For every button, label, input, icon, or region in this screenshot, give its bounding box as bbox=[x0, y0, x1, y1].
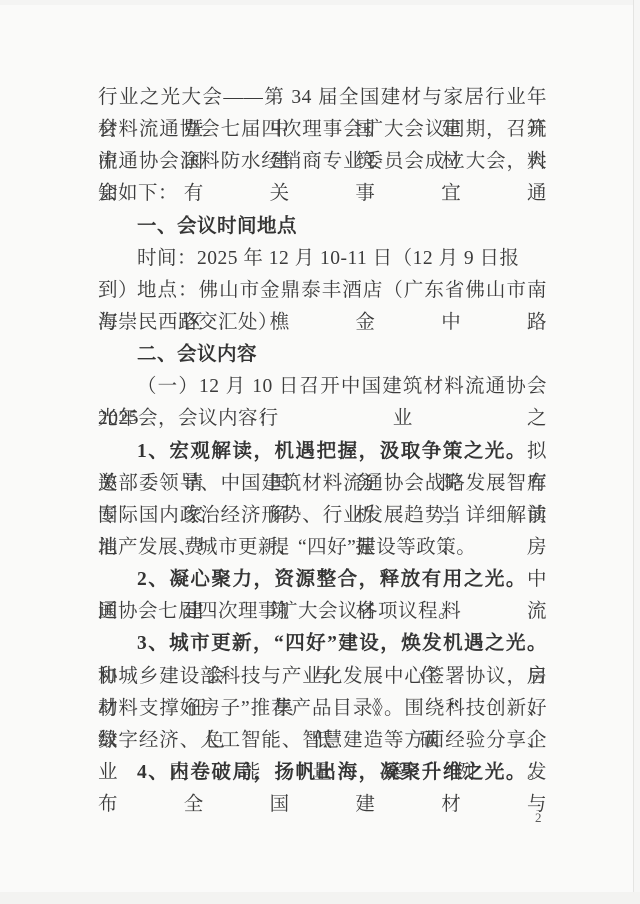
text-line: 3、城市更新，“四好”建设，焕发机遇之光。协会与住房 bbox=[98, 628, 547, 660]
bold-run: 1、宏观解读，机遇把握，汲取争策之光。 bbox=[137, 441, 527, 462]
text-line: 2、凝心聚力，资源整合，释放有用之光。中国建筑材料流 bbox=[98, 564, 547, 596]
scanned-document-page: { "page": { "number": "2", "paper_color"… bbox=[0, 0, 640, 904]
text-run: 地产发展、城市更新、“四好”建设等政策。 bbox=[98, 537, 476, 558]
text-line: 关部委领导、中国建筑材料流通协会战略发展智库专家解析当前 bbox=[98, 468, 547, 500]
text-line: （一）12 月 10 日召开中国建筑材料流通协会 2025 行业之 bbox=[98, 371, 547, 403]
text-line: 和城乡建设部科技与产业化发展中心签署协议，启动征集《“好 bbox=[98, 661, 547, 693]
text-line: 时间：2025 年 12 月 10-11 日（12 月 9 日报到） bbox=[98, 243, 547, 275]
text-line: 1、宏观解读，机遇把握，汲取争策之光。拟邀请国务院有 bbox=[98, 436, 547, 468]
scan-edge-right bbox=[633, 0, 640, 904]
text-line: 数字经济、人工智能、智慧建造等方面经验分享企业正能量案例。 bbox=[98, 725, 547, 757]
text-line: 流通协会涂料防水经销商专业委员会成立大会，大会有关事宜通 bbox=[98, 146, 547, 178]
bold-run: 一、会议时间地点 bbox=[137, 216, 297, 237]
text-run: 与崇民西路交汇处） bbox=[98, 312, 278, 333]
text-line: 国际国内政治经济形势、行业发展趋势，详细解读消费提振、房 bbox=[98, 500, 547, 532]
text-line: 行业之光大会——第 34 届全国建材与家居行业年会暨中国建筑 bbox=[98, 82, 547, 114]
text-run: 光年会，会议内容： bbox=[98, 408, 278, 429]
text-line: 4、内卷破局，扬帆出海，凝聚升维之光。发布全国建材与 bbox=[98, 757, 547, 789]
page-number: 2 bbox=[535, 810, 542, 826]
text-line: 材料支撑好房子”推荐产品目录》。围绕科技创新、绿色低碳、 bbox=[98, 693, 547, 725]
bold-run: 4、内卷破局，扬帆出海，凝聚升维之光。 bbox=[137, 762, 527, 783]
bold-run: 3、城市更新，“四好”建设，焕发机遇之光。 bbox=[137, 633, 547, 654]
section-heading-2: 二、会议内容 bbox=[98, 339, 547, 371]
text-run: 通协会七届四次理事扩大会议各项议程。 bbox=[98, 601, 458, 622]
bold-run: 二、会议内容 bbox=[137, 344, 257, 365]
text-run: 知如下： bbox=[98, 183, 178, 204]
section-heading-1: 一、会议时间地点 bbox=[98, 211, 547, 243]
scan-edge-bottom bbox=[0, 892, 640, 904]
bold-run: 2、凝心聚力，资源整合，释放有用之光。 bbox=[137, 569, 527, 590]
text-line: 地点：佛山市金鼎泰丰酒店（广东省佛山市南海区樵金中路 bbox=[98, 275, 547, 307]
text-line: 材料流通协会七届四次理事会扩大会议同期，召开中国建筑材料 bbox=[98, 114, 547, 146]
scan-edge-top bbox=[0, 0, 640, 5]
document-body: 行业之光大会——第 34 届全国建材与家居行业年会暨中国建筑 材料流通协会七届四… bbox=[98, 82, 547, 789]
